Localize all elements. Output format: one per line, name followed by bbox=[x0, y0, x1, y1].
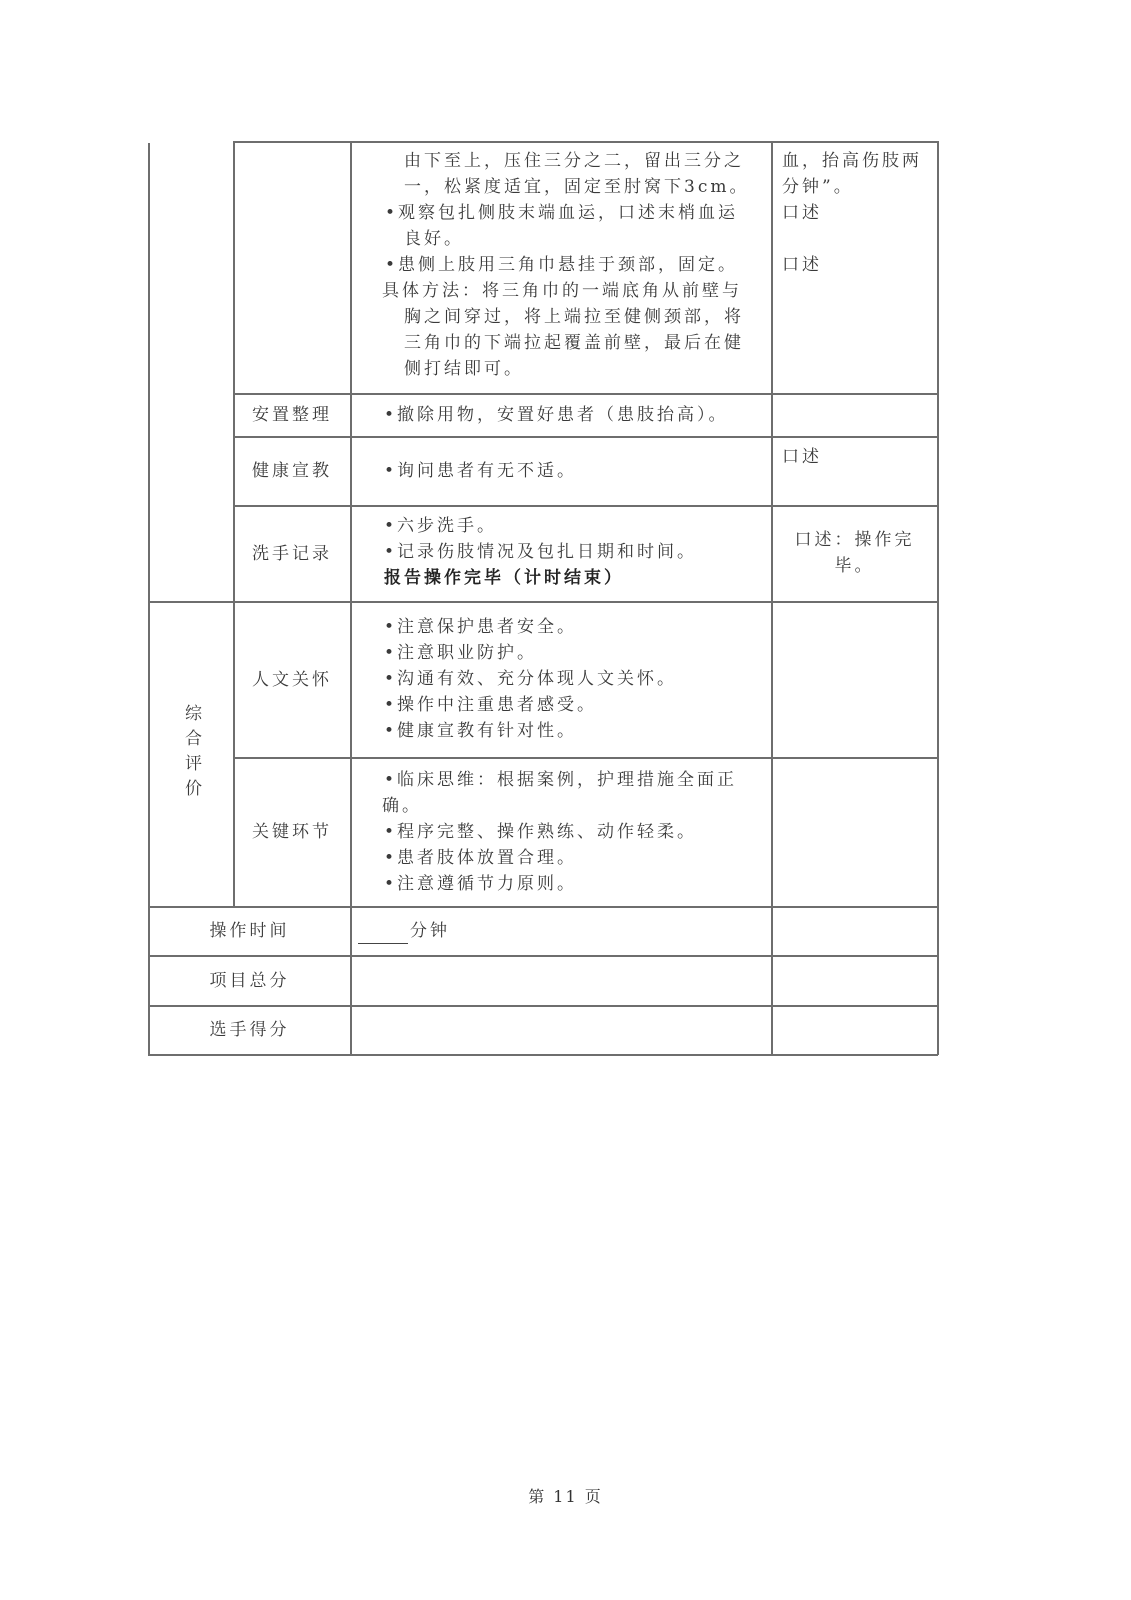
continued-content: 由下至上，压住三分之二，留出三分之 一，松紧度适宜，固定至肘窝下3cm。 •观察… bbox=[382, 148, 767, 382]
scoring-table: 由下至上，压住三分之二，留出三分之 一，松紧度适宜，固定至肘窝下3cm。 •观察… bbox=[0, 0, 1131, 1100]
content-line: 三角巾的下端拉起覆盖前壁，最后在健 bbox=[382, 330, 767, 356]
content-line: •注意保护患者安全。 bbox=[384, 614, 769, 640]
content-line: •患者肢体放置合理。 bbox=[382, 845, 767, 871]
content-line: •临床思维：根据案例，护理措施全面正 bbox=[382, 767, 767, 793]
note-line: 口述 bbox=[782, 444, 932, 470]
minutes-unit: 分钟 bbox=[410, 921, 450, 941]
content-line: •操作中注重患者感受。 bbox=[384, 692, 769, 718]
content-line: 一，松紧度适宜，固定至肘窝下3cm。 bbox=[382, 174, 767, 200]
content-line: 胸之间穿过，将上端拉至健侧颈部，将 bbox=[382, 304, 767, 330]
content-line: •注意遵循节力原则。 bbox=[382, 871, 767, 897]
content-line: •六步洗手。 bbox=[384, 513, 769, 539]
content-line: •询问患者有无不适。 bbox=[384, 458, 769, 484]
row-top-border bbox=[233, 141, 938, 143]
col-divider-3 bbox=[771, 141, 773, 1055]
step-label: 健康宣教 bbox=[234, 437, 350, 505]
operation-time-blank[interactable] bbox=[358, 925, 408, 944]
step-content: •注意保护患者安全。 •注意职业防护。 •沟通有效、充分体现人文关怀。 •操作中… bbox=[384, 614, 769, 744]
table-bottom-border bbox=[148, 1054, 938, 1056]
content-line: •患侧上肢用三角巾悬挂于颈部，固定。 bbox=[382, 252, 767, 278]
note-line: 口述 bbox=[782, 200, 932, 226]
content-line: •记录伤肢情况及包扎日期和时间。 bbox=[384, 539, 769, 565]
step-note: 口述 bbox=[782, 444, 932, 470]
category-text: 综合评价 bbox=[178, 704, 204, 804]
step-content: •撤除用物，安置好患者（患肢抬高）。 bbox=[384, 402, 769, 428]
step-note: 口述：操作完 毕。 bbox=[772, 527, 937, 579]
content-line: •沟通有效、充分体现人文关怀。 bbox=[384, 666, 769, 692]
summary-label-operation-time: 操作时间 bbox=[149, 907, 350, 955]
content-line: 侧打结即可。 bbox=[382, 356, 767, 382]
step-content: •六步洗手。 •记录伤肢情况及包扎日期和时间。 报告操作完毕（计时结束） bbox=[384, 513, 769, 591]
note-line: 口述：操作完 bbox=[772, 527, 937, 553]
content-line: 具体方法：将三角巾的一端底角从前壁与 bbox=[382, 278, 767, 304]
content-line: •健康宣教有针对性。 bbox=[384, 718, 769, 744]
content-line: •注意职业防护。 bbox=[384, 640, 769, 666]
operation-time-field[interactable]: 分钟 bbox=[358, 918, 758, 944]
step-label: 人文关怀 bbox=[234, 602, 350, 757]
content-line: •观察包扎侧肢末端血运，口述末梢血运 bbox=[382, 200, 767, 226]
content-line-bold: 报告操作完毕（计时结束） bbox=[384, 565, 769, 591]
continued-note: 血，抬高伤肢两 分钟”。 口述 口述 bbox=[782, 148, 932, 278]
note-line: 血，抬高伤肢两 bbox=[782, 148, 932, 174]
summary-label-total-score: 项目总分 bbox=[149, 956, 350, 1005]
category-label: 综合评价 bbox=[149, 602, 233, 906]
content-line: 确。 bbox=[382, 793, 767, 819]
total-score-field[interactable] bbox=[351, 956, 771, 1005]
step-label: 关键环节 bbox=[234, 758, 350, 906]
content-line: 由下至上，压住三分之二，留出三分之 bbox=[382, 148, 767, 174]
content-line: •撤除用物，安置好患者（患肢抬高）。 bbox=[384, 402, 769, 428]
step-content: •询问患者有无不适。 bbox=[384, 458, 769, 484]
step-label: 洗手记录 bbox=[234, 506, 350, 601]
table-border-right bbox=[937, 141, 939, 1055]
note-line: 毕。 bbox=[772, 553, 937, 579]
content-line: 良好。 bbox=[382, 226, 767, 252]
contestant-score-field[interactable] bbox=[351, 1006, 771, 1054]
content-line: •程序完整、操作熟练、动作轻柔。 bbox=[382, 819, 767, 845]
note-line: 分钟”。 bbox=[782, 174, 932, 200]
step-label: 安置整理 bbox=[234, 394, 350, 436]
summary-label-contestant-score: 选手得分 bbox=[149, 1006, 350, 1054]
step-content: •临床思维：根据案例，护理措施全面正 确。 •程序完整、操作熟练、动作轻柔。 •… bbox=[382, 767, 767, 897]
page-number: 第 11 页 bbox=[0, 1484, 1131, 1507]
note-line: 口述 bbox=[782, 252, 932, 278]
col-divider-2 bbox=[350, 141, 352, 1055]
